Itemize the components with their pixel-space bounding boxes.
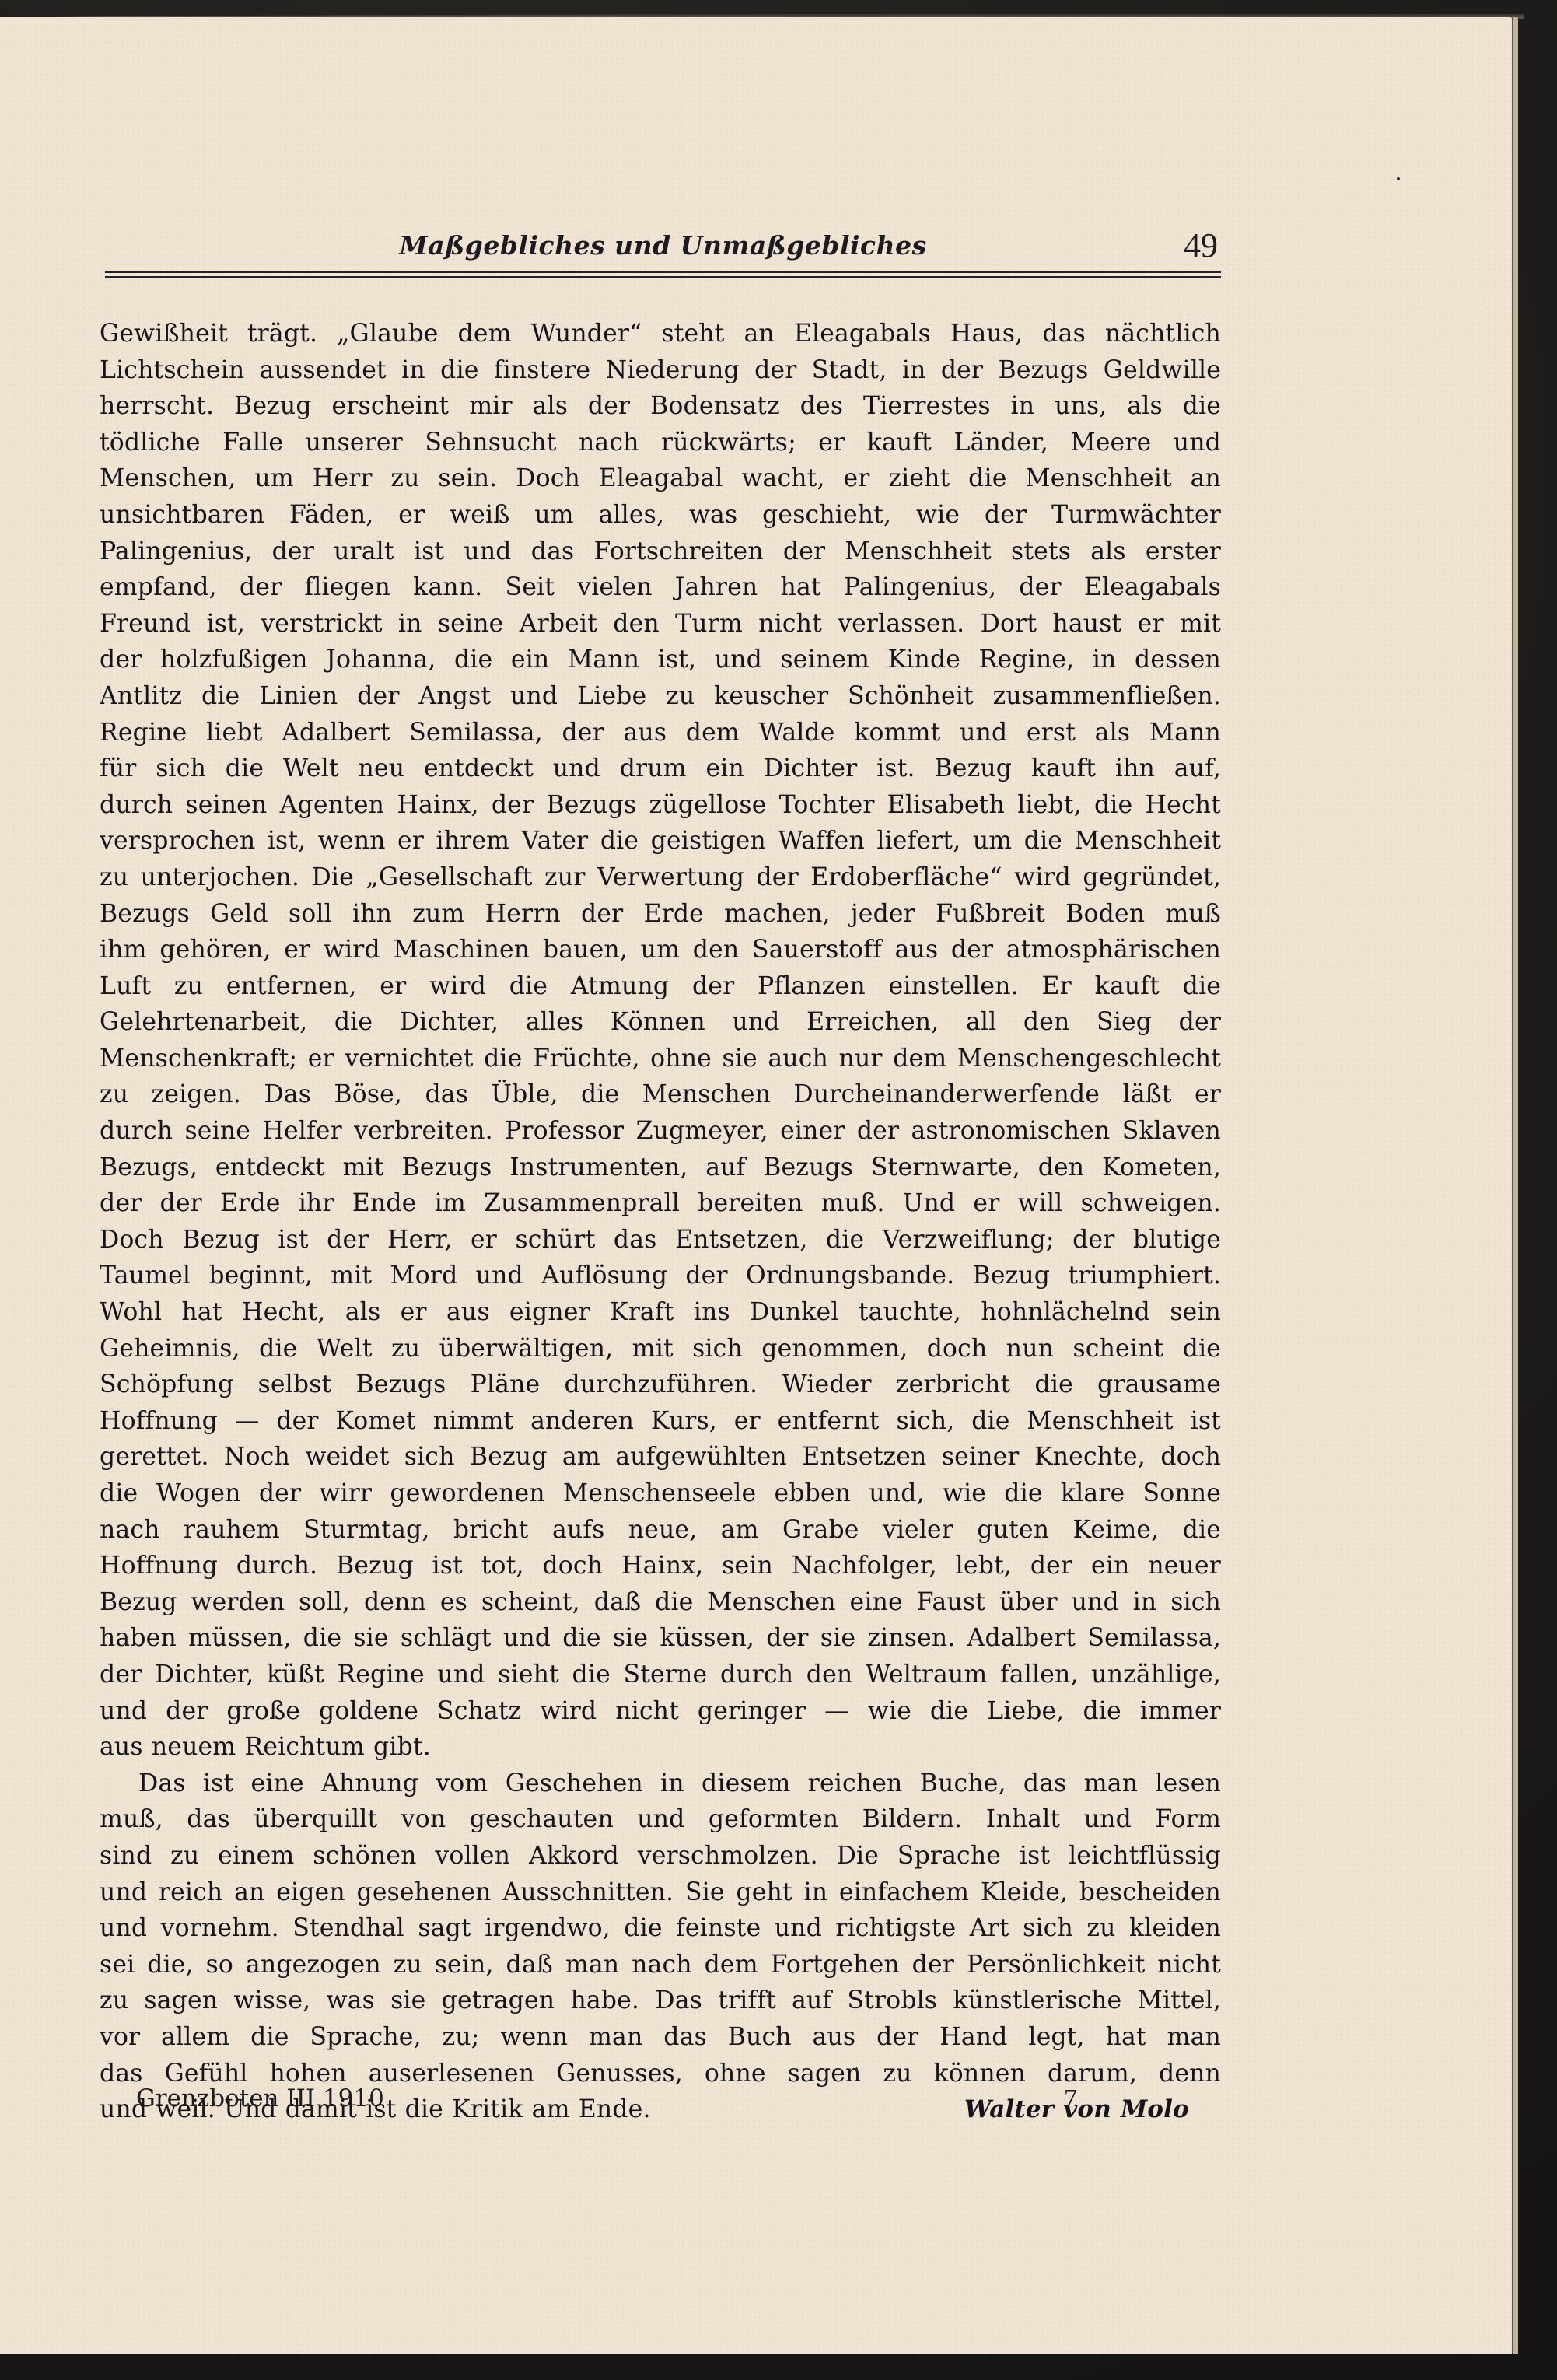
paper-speck bbox=[855, 2067, 858, 2072]
text-line: Luft zu entfernen, er wird die Atmung de… bbox=[100, 968, 1221, 1005]
text-line: Gewißheit trägt. „Glaube dem Wunder“ ste… bbox=[100, 316, 1221, 352]
text-line: unsichtbaren Fäden, er weiß um alles, wa… bbox=[100, 497, 1221, 534]
page-sheet: Maßgebliches und Unmaßgebliches 49 Gewiß… bbox=[0, 17, 1518, 2354]
text-line: Taumel beginnt, mit Mord und Auflösung d… bbox=[100, 1258, 1221, 1294]
text-line: Menschen, um Herr zu sein. Doch Eleagaba… bbox=[100, 460, 1221, 497]
text-line: durch seine Helfer verbreiten. Professor… bbox=[100, 1113, 1221, 1150]
text-line: Palingenius, der uralt ist und das Forts… bbox=[100, 534, 1221, 570]
text-line: und vornehm. Stendhal sagt irgendwo, die… bbox=[100, 1910, 1221, 1947]
text-line: Geheimnis, die Welt zu überwältigen, mit… bbox=[100, 1331, 1221, 1367]
text-line: muß, das überquillt von geschauten und g… bbox=[100, 1801, 1221, 1838]
text-line: sind zu einem schönen vollen Akkord vers… bbox=[100, 1838, 1221, 1874]
text-line: tödliche Falle unserer Sehnsucht nach rü… bbox=[100, 425, 1221, 461]
text-line: Lichtschein aussendet in die finstere Ni… bbox=[100, 352, 1221, 389]
text-line: Das ist eine Ahnung vom Geschehen in die… bbox=[100, 1766, 1221, 1802]
text-line: Bezugs, entdeckt mit Bezugs Instrumenten… bbox=[100, 1150, 1221, 1186]
text-line: Bezugs Geld soll ihn zum Herrn der Erde … bbox=[100, 896, 1221, 933]
text-line: Wohl hat Hecht, als er aus eigner Kraft … bbox=[100, 1294, 1221, 1331]
text-line: zu unterjochen. Die „Gesellschaft zur Ve… bbox=[100, 859, 1221, 896]
text-line: und reich an eigen gesehenen Ausschnitte… bbox=[100, 1874, 1221, 1911]
text-line: haben müssen, die sie schlägt und die si… bbox=[100, 1620, 1221, 1657]
article-body: Gewißheit trägt. „Glaube dem Wunder“ ste… bbox=[100, 316, 1221, 2128]
header-double-rule bbox=[105, 271, 1221, 279]
text-line: versprochen ist, wenn er ihrem Vater die… bbox=[100, 823, 1221, 859]
paragraph-1: Gewißheit trägt. „Glaube dem Wunder“ ste… bbox=[100, 316, 1221, 1766]
text-line: durch seinen Agenten Hainx, der Bezugs z… bbox=[100, 787, 1221, 824]
text-line: Freund ist, verstrickt in seine Arbeit d… bbox=[100, 606, 1221, 642]
text-line: gerettet. Noch weidet sich Bezug am aufg… bbox=[100, 1439, 1221, 1475]
text-line: herrscht. Bezug erscheint mir als der Bo… bbox=[100, 388, 1221, 425]
text-line: Schöpfung selbst Bezugs Pläne durchzufüh… bbox=[100, 1367, 1221, 1403]
text-line: der Dichter, küßt Regine und sieht die S… bbox=[100, 1657, 1221, 1693]
text-line: und der große goldene Schatz wird nicht … bbox=[100, 1693, 1221, 1730]
text-line: sei die, so angezogen zu sein, daß man n… bbox=[100, 1947, 1221, 1983]
running-head: Maßgebliches und Unmaßgebliches 49 bbox=[105, 221, 1221, 268]
text-line: der der Erde ihr Ende im Zusammenprall b… bbox=[100, 1185, 1221, 1222]
running-head-title: Maßgebliches und Unmaßgebliches bbox=[105, 230, 1221, 261]
text-line: der holzfußigen Johanna, die ein Mann is… bbox=[100, 642, 1221, 678]
text-line: Menschenkraft; er vernichtet die Früchte… bbox=[100, 1041, 1221, 1077]
footer-sheet-number: 7 bbox=[1064, 2084, 1077, 2114]
text-line: für sich die Welt neu entdeckt und drum … bbox=[100, 751, 1221, 787]
text-line: Hoffnung durch. Bezug ist tot, doch Hain… bbox=[100, 1548, 1221, 1584]
page-number: 49 bbox=[1184, 226, 1218, 265]
text-line: Antlitz die Linien der Angst und Liebe z… bbox=[100, 678, 1221, 715]
text-line: zu zeigen. Das Böse, das Üble, die Mensc… bbox=[100, 1076, 1221, 1113]
text-line: ihm gehören, er wird Maschinen bauen, um… bbox=[100, 932, 1221, 968]
paragraph-2: Das ist eine Ahnung vom Geschehen in die… bbox=[100, 1766, 1221, 2128]
header-rule-bottom bbox=[105, 276, 1221, 278]
text-line: Hoffnung — der Komet nimmt anderen Kurs,… bbox=[100, 1403, 1221, 1440]
text-line: empfand, der fliegen kann. Seit vielen J… bbox=[100, 569, 1221, 606]
text-line: zu sagen wisse, was sie getragen habe. D… bbox=[100, 1983, 1221, 2019]
text-line: die Wogen der wirr gewordenen Menschense… bbox=[100, 1475, 1221, 1512]
text-line: Gelehrtenarbeit, die Dichter, alles Könn… bbox=[100, 1004, 1221, 1041]
text-line: nach rauhem Sturmtag, bricht aufs neue, … bbox=[100, 1512, 1221, 1549]
paper-speck bbox=[1397, 177, 1400, 180]
text-line: vor allem die Sprache, zu; wenn man das … bbox=[100, 2019, 1221, 2056]
text-line: Bezug werden soll, denn es scheint, daß … bbox=[100, 1584, 1221, 1621]
text-line: Regine liebt Adalbert Semilassa, der aus… bbox=[100, 715, 1221, 751]
footer-journal-signature: Grenzboten III 1910 bbox=[136, 2084, 384, 2112]
text-line: aus neuem Reichtum gibt. bbox=[100, 1729, 1221, 1766]
text-line: Doch Bezug ist der Herr, er schürt das E… bbox=[100, 1222, 1221, 1258]
header-rule-top bbox=[105, 271, 1221, 273]
